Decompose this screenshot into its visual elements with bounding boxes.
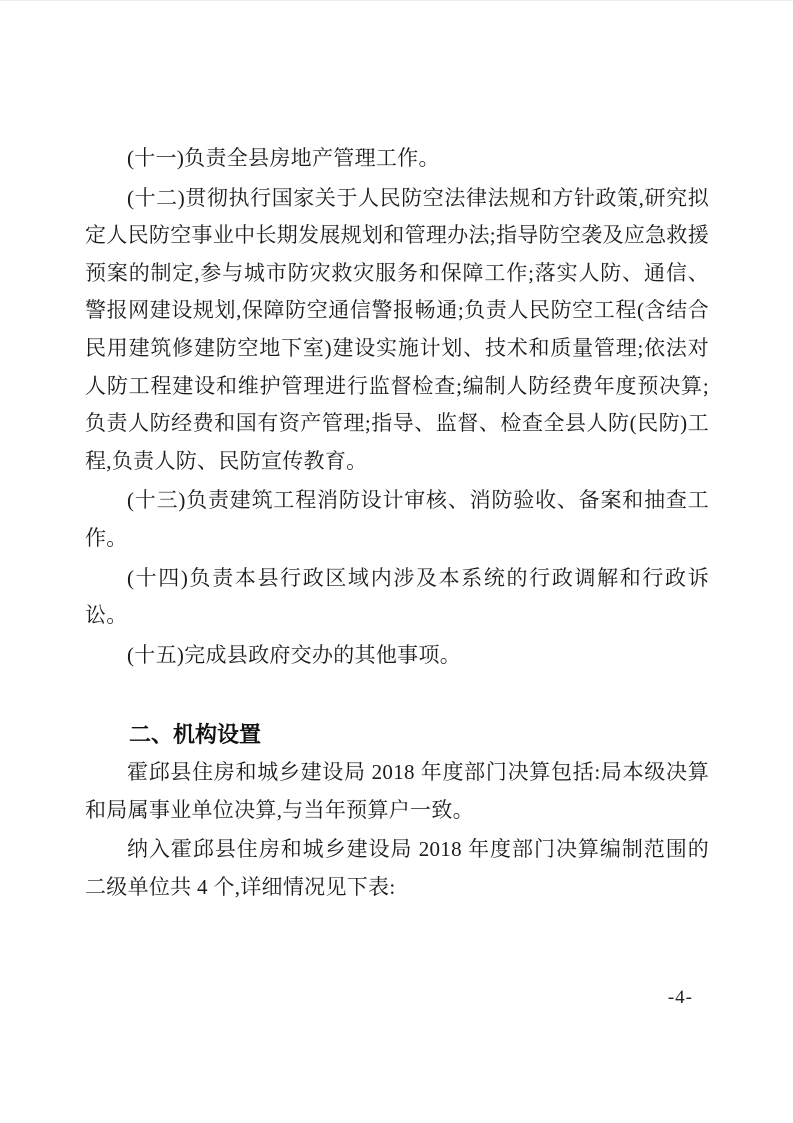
section-paragraph: 纳入霍邱县住房和城乡建设局 2018 年度部门决算编制范围的二级单位共 4 个,… <box>85 831 709 906</box>
duty-paragraph: (十四)负责本县行政区域内涉及本系统的行政调解和行政诉讼。 <box>85 560 709 635</box>
section-heading: 二、机构设置 <box>85 716 709 754</box>
page-number: -4- <box>668 987 693 1009</box>
duty-paragraph: (十三)负责建筑工程消防设计审核、消防验收、备案和抽查工作。 <box>85 482 709 557</box>
document-body: (十一)负责全县房地产管理工作。(十二)贯彻执行国家关于人民防空法律法规和方针政… <box>85 1 709 908</box>
document-page: (十一)负责全县房地产管理工作。(十二)贯彻执行国家关于人民防空法律法规和方针政… <box>0 0 793 1123</box>
duty-paragraph-list: (十一)负责全县房地产管理工作。(十二)贯彻执行国家关于人民防空法律法规和方针政… <box>85 140 709 674</box>
duty-paragraph: (十二)贯彻执行国家关于人民防空法律法规和方针政策,研究拟定人民防空事业中长期发… <box>85 180 709 481</box>
duty-paragraph: (十一)负责全县房地产管理工作。 <box>85 140 709 178</box>
duty-paragraph: (十五)完成县政府交办的其他事项。 <box>85 637 709 675</box>
section-paragraph: 霍邱县住房和城乡建设局 2018 年度部门决算包括:局本级决算和局属事业单位决算… <box>85 754 709 829</box>
section-paragraph-list: 霍邱县住房和城乡建设局 2018 年度部门决算包括:局本级决算和局属事业单位决算… <box>85 754 709 906</box>
